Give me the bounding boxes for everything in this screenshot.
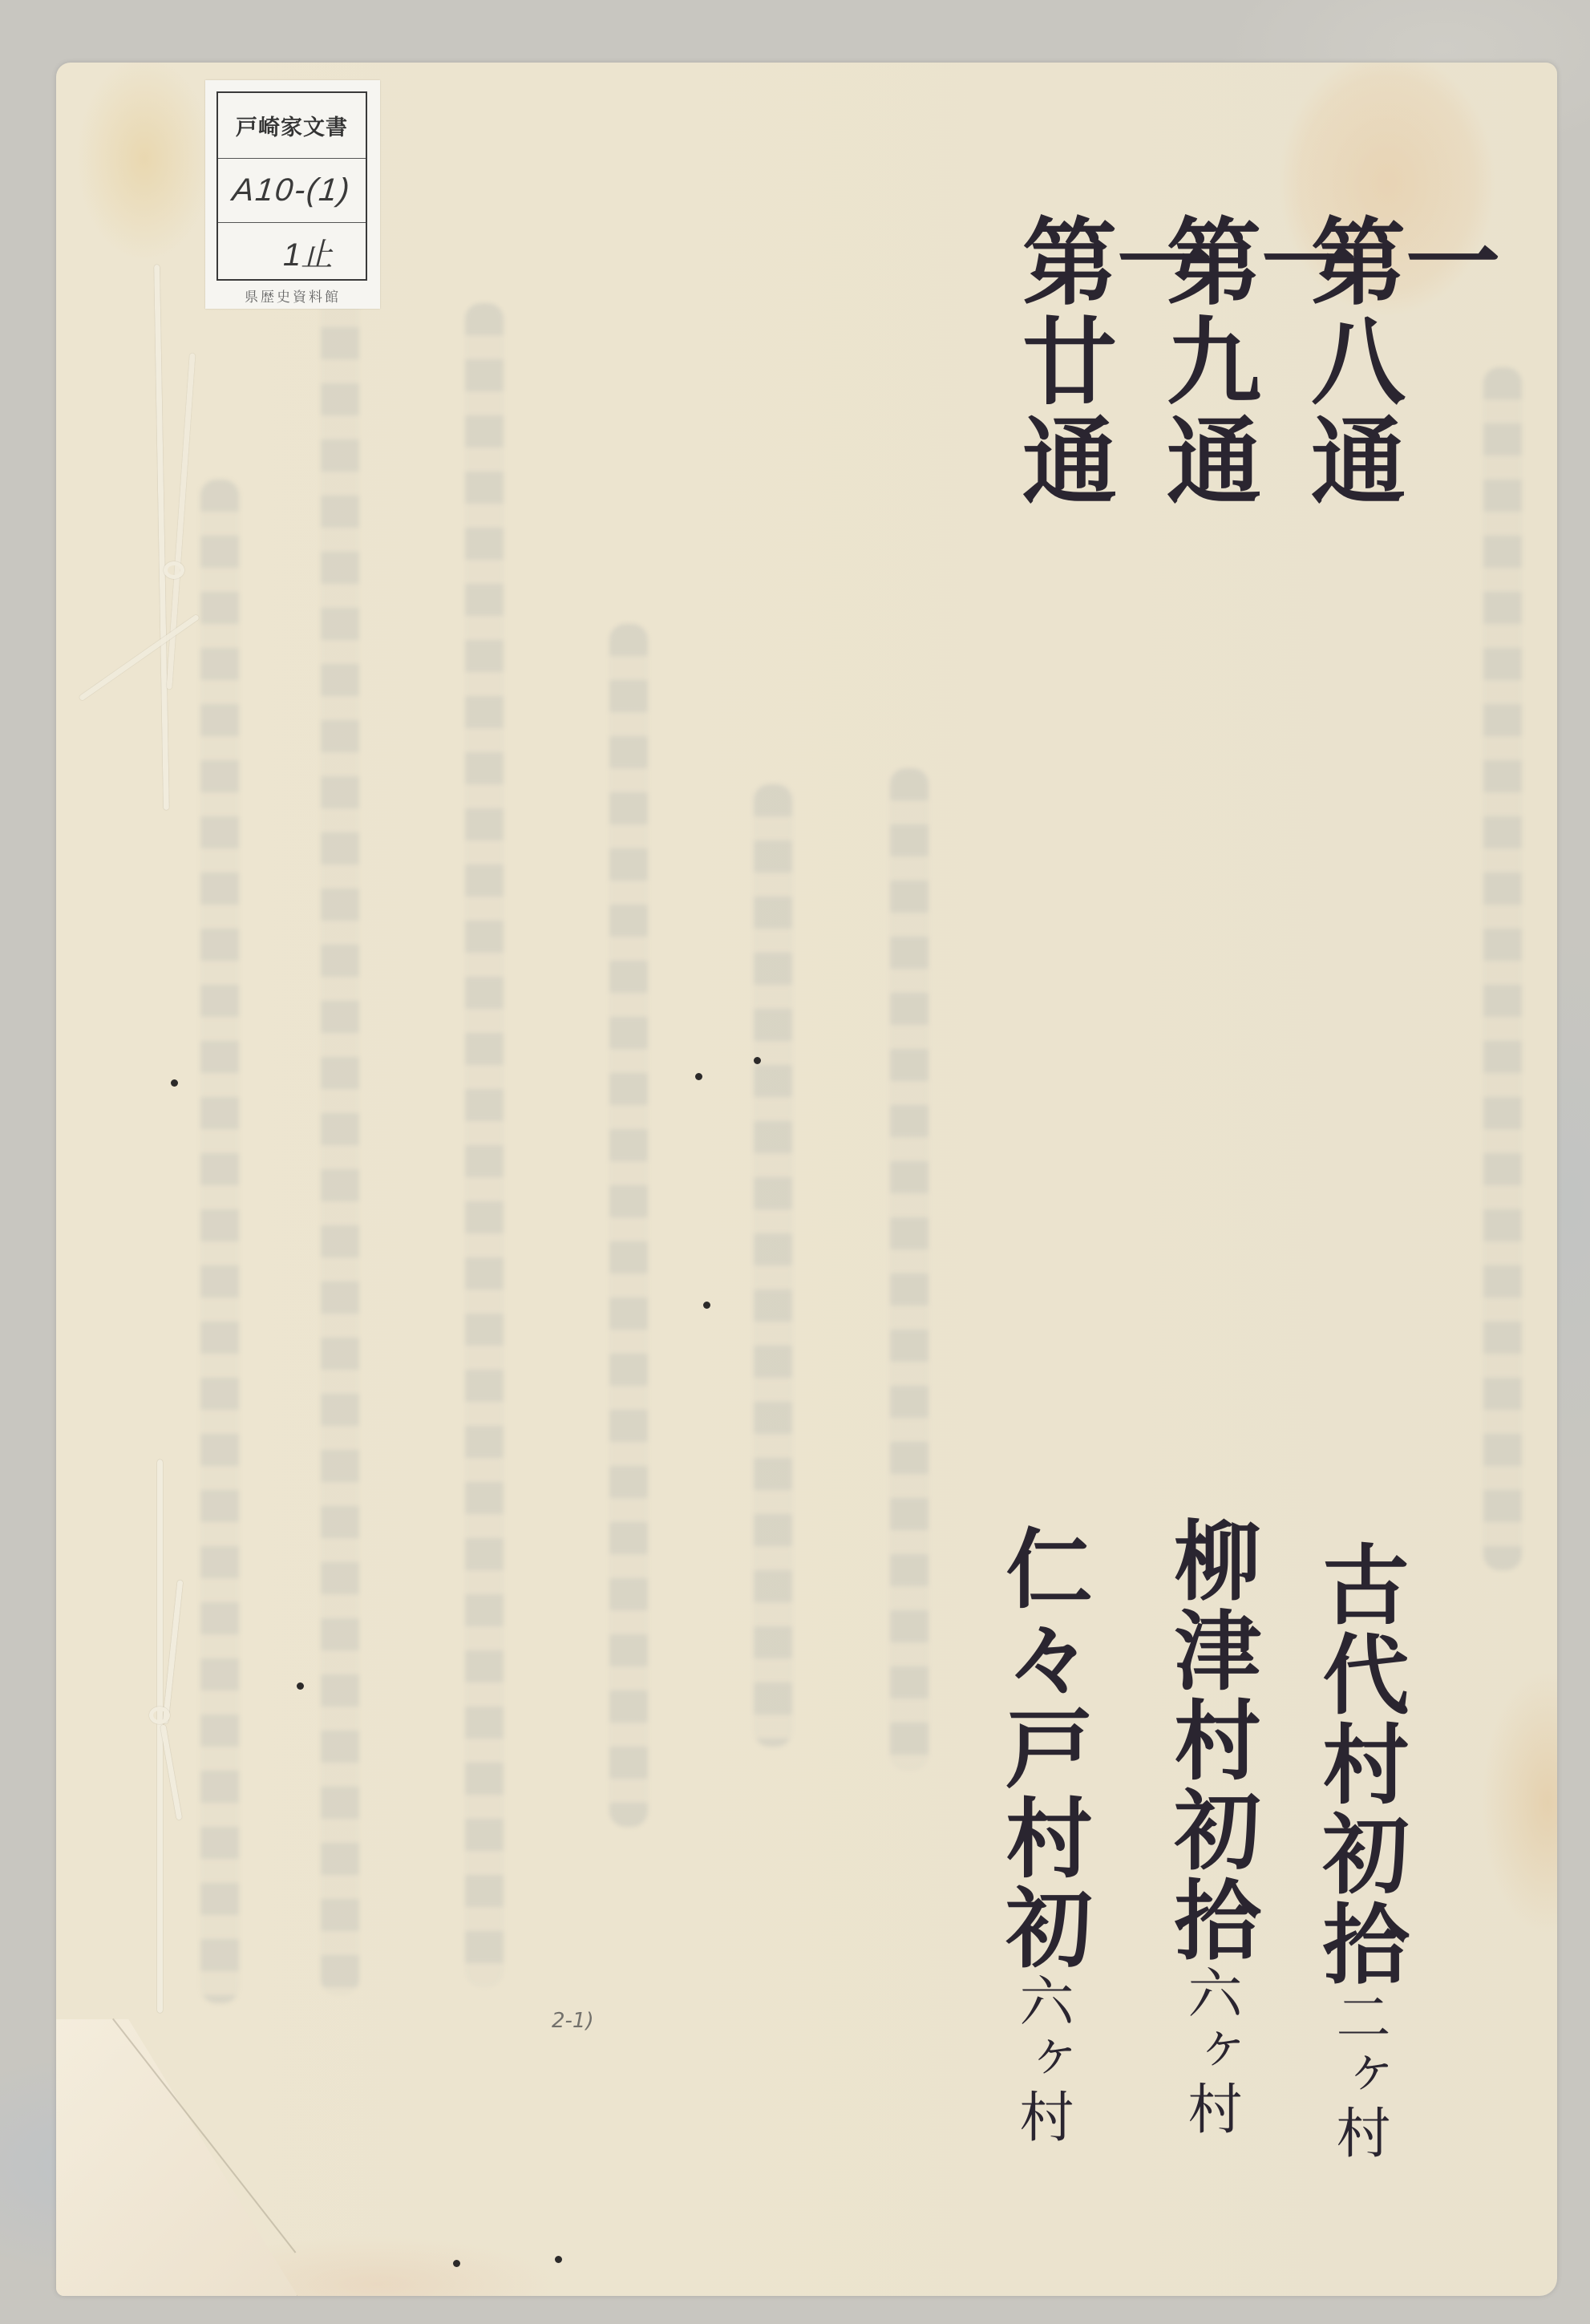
village-text: 初 — [991, 1883, 1092, 1973]
pencil-note: 2-1) — [552, 2009, 594, 2033]
item-bullet: 一 — [1109, 213, 1204, 447]
village-name: 古代村 — [1308, 1540, 1409, 1809]
show-through-text — [754, 784, 792, 1747]
item-entry-3: 一 第廿通 — [1014, 213, 1204, 511]
pinhole — [171, 1079, 178, 1087]
pinhole — [703, 1302, 710, 1309]
village-text: 初拾 — [1308, 1809, 1409, 1989]
village-name: 仁々戸村 — [991, 1524, 1092, 1883]
item-text: 第廿通 — [1006, 213, 1118, 511]
village-count: 六ヶ村 — [1179, 1965, 1242, 2138]
village-count: 二ヶ村 — [1327, 1989, 1390, 2162]
pinhole — [297, 1682, 304, 1690]
pinhole — [695, 1073, 702, 1080]
show-through-text — [1483, 367, 1522, 1570]
village-entry-3: 仁々戸村初六ヶ村 — [998, 1524, 1085, 2146]
village-text: 初拾 — [1159, 1785, 1260, 1965]
show-through-text — [465, 303, 504, 1987]
village-entry-2: 柳津村初拾六ヶ村 — [1167, 1516, 1253, 2138]
collection-name: 戸崎家文書 — [236, 110, 348, 141]
label-frame: 戸崎家文書 A10-(1) 1止 — [216, 91, 367, 281]
village-entry-1: 古代村初拾二ヶ村 — [1315, 1540, 1402, 2162]
item-bullet: 一 — [1253, 213, 1348, 447]
archive-label: 戸崎家文書 A10-(1) 1止 県歴史資料館 — [205, 80, 380, 309]
show-through-text — [609, 624, 648, 1827]
catalog-code: A10-(1) — [231, 172, 353, 209]
village-name: 柳津村 — [1159, 1516, 1260, 1785]
pinhole — [754, 1057, 761, 1064]
item-bullet: 一 — [1398, 213, 1492, 447]
show-through-text — [890, 768, 929, 1771]
show-through-text — [321, 271, 359, 1995]
institution-name: 県歴史資料館 — [205, 285, 380, 306]
pinhole — [555, 2256, 562, 2263]
village-count: 六ヶ村 — [1010, 1973, 1074, 2146]
item-number: 1止 — [251, 229, 333, 275]
pinhole — [453, 2260, 460, 2267]
show-through-text — [200, 480, 239, 2003]
